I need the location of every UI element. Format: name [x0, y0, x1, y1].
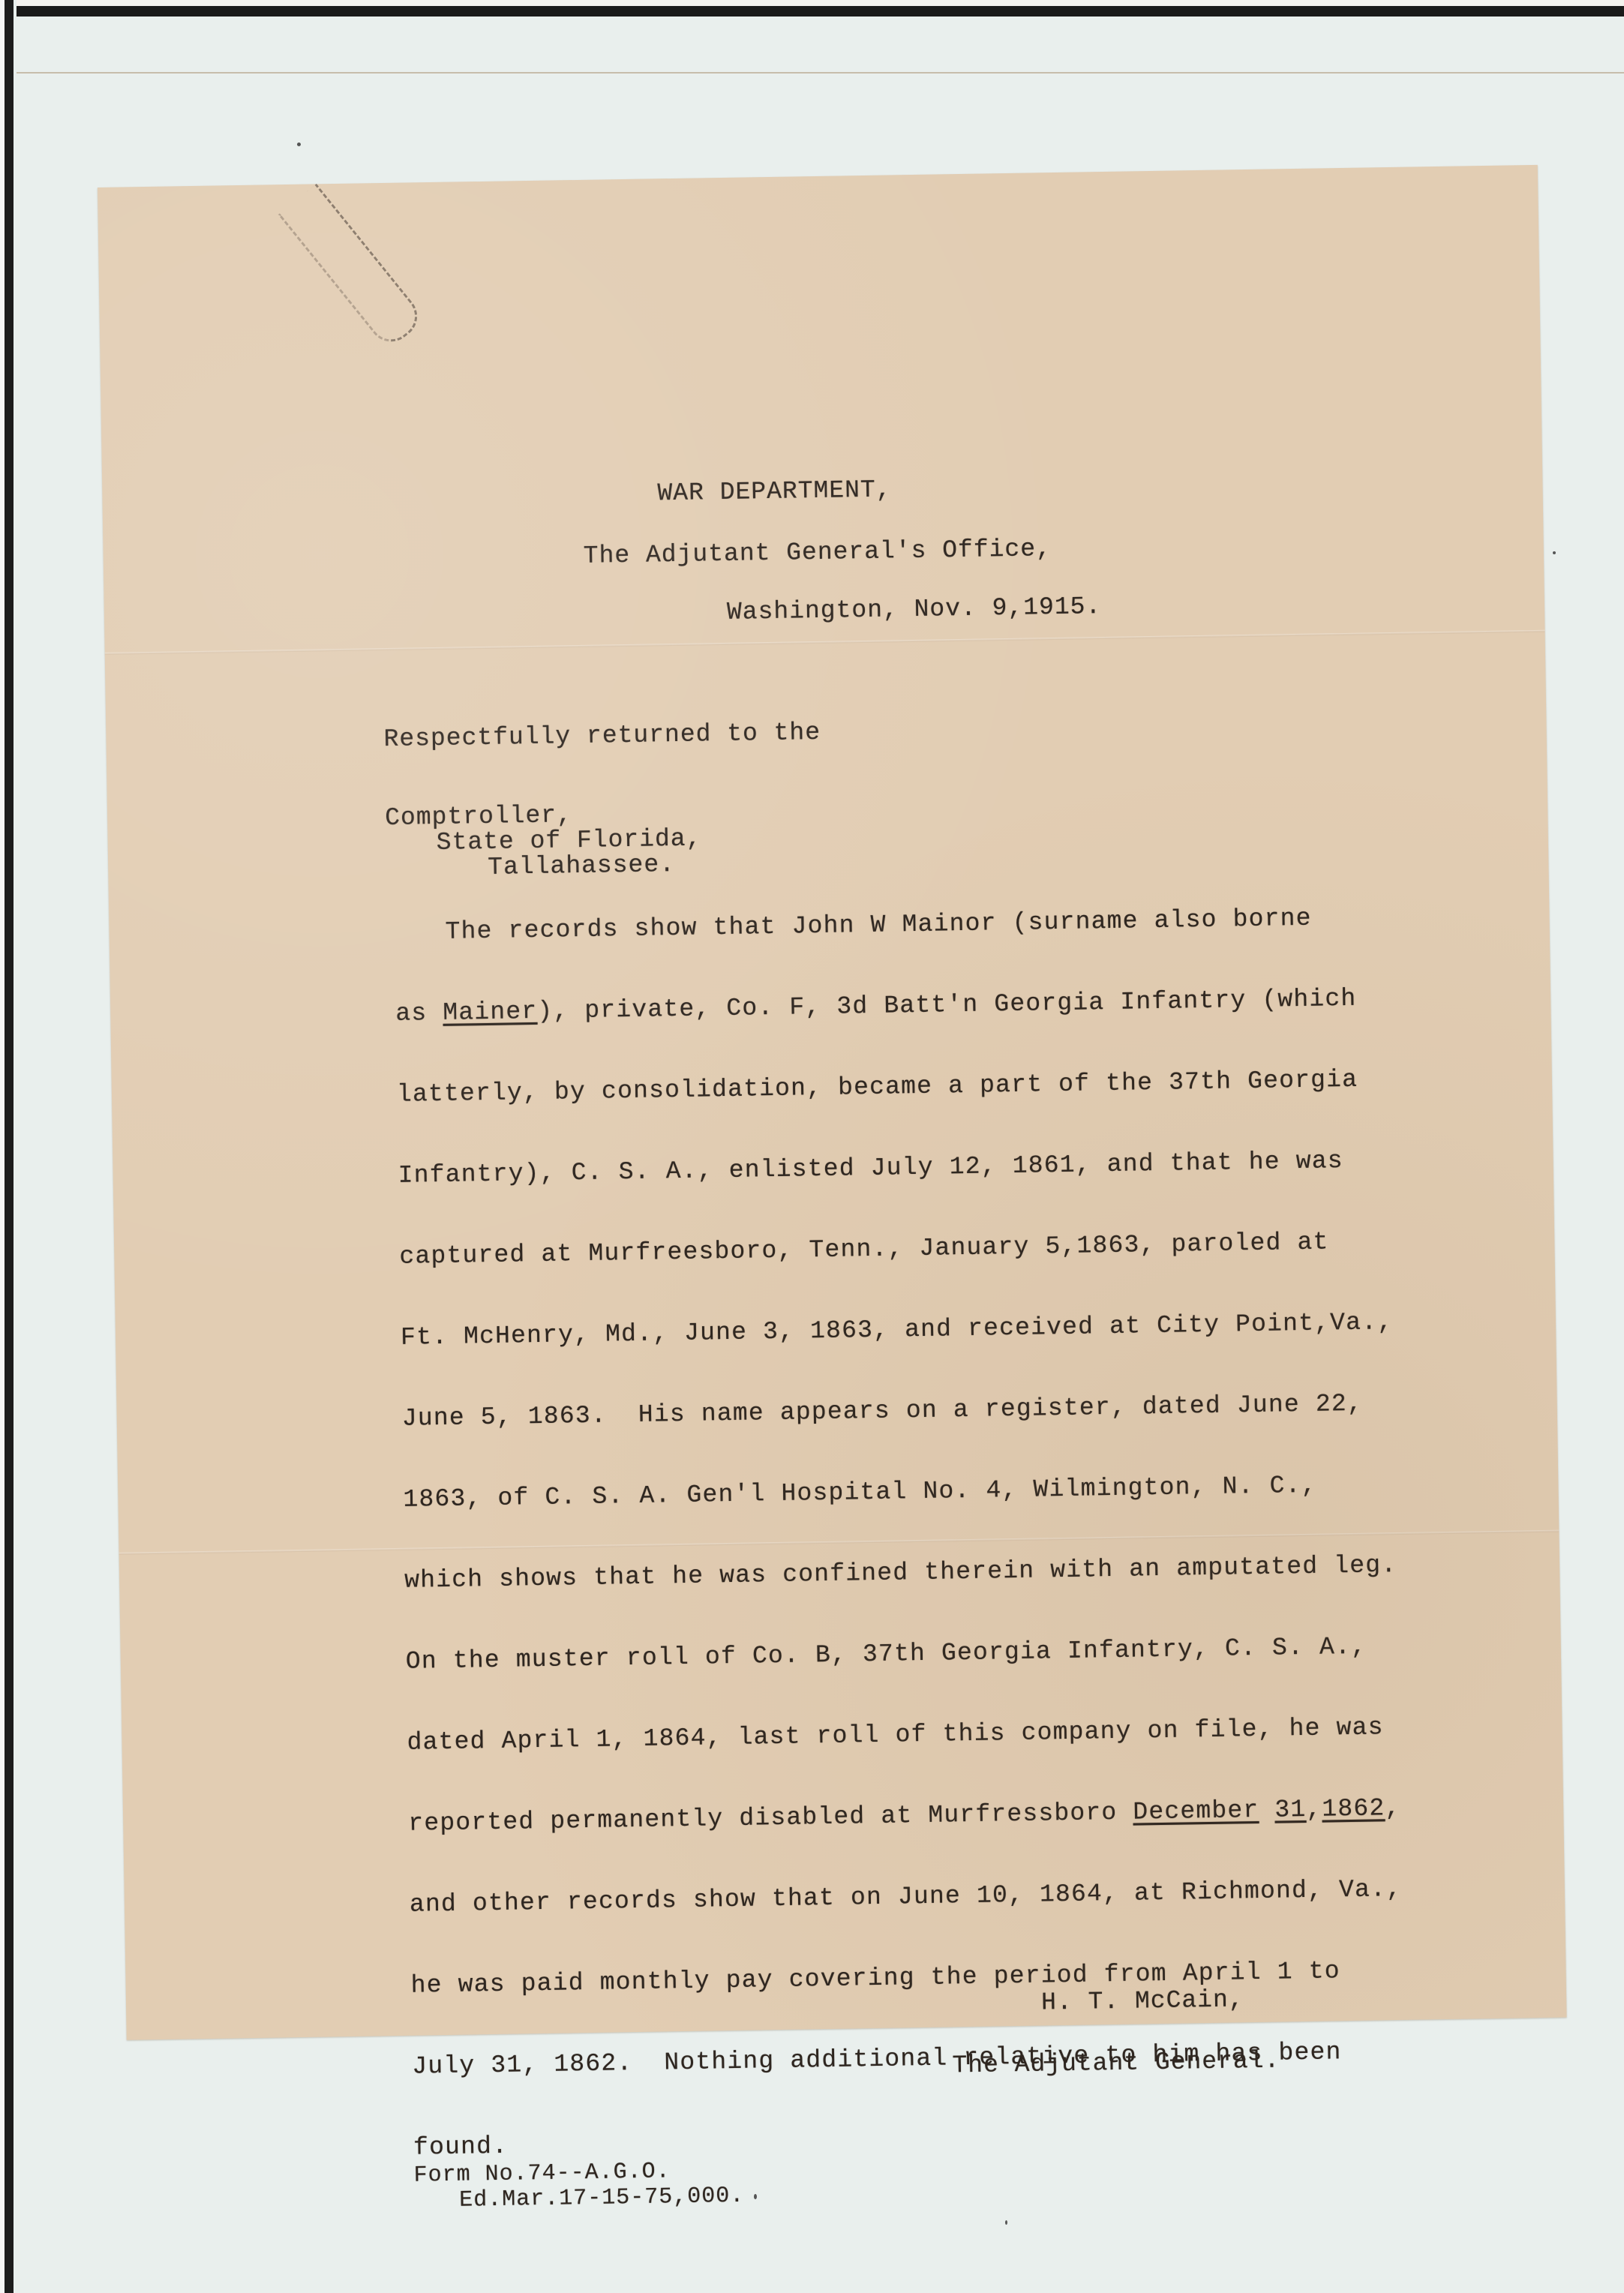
letterhead-department: WAR DEPARTMENT,	[657, 475, 892, 509]
form-number-line-1: Form No.74--A.G.O.	[413, 2159, 671, 2188]
fold-crease	[105, 630, 1545, 655]
letterhead-office: The Adjutant General's Office,	[583, 534, 1052, 572]
body-text: The records show that John W Mainor (sur…	[394, 902, 1479, 2214]
underlined-year: 1862	[1322, 1794, 1385, 1823]
underlined-day: 31	[1274, 1796, 1307, 1824]
letterhead-place-date: Washington, Nov. 9,1915.	[727, 592, 1102, 628]
underlined-surname: Mainer	[443, 998, 538, 1027]
line-end-punct: ,	[1385, 1794, 1401, 1822]
scanner-frame-left	[0, 0, 17, 2293]
dust-speck	[1553, 551, 1556, 554]
addressee-line-3: Tallahassee.	[488, 852, 675, 881]
signature-title: The Adjutant General.	[952, 2046, 1280, 2081]
form-number-line-2: Ed.Mar.17-15-75,000.	[459, 2183, 745, 2213]
letter-page: WAR DEPARTMENT, The Adjutant General's O…	[98, 165, 1567, 2040]
paperclip-mark-icon	[278, 184, 427, 351]
body-line-prefix: as	[395, 999, 443, 1028]
date-separator: ,	[1306, 1796, 1322, 1823]
dust-speck	[297, 143, 301, 146]
salutation: Respectfully returned to the	[383, 718, 821, 755]
signature-name: H. T. McCain,	[1041, 1985, 1244, 2018]
underlined-month: December	[1133, 1796, 1259, 1826]
scanner-frame-top	[0, 0, 1624, 17]
dust-speck	[1005, 2220, 1007, 2225]
dust-speck	[754, 2194, 757, 2199]
mat-edge-line	[17, 72, 1624, 74]
